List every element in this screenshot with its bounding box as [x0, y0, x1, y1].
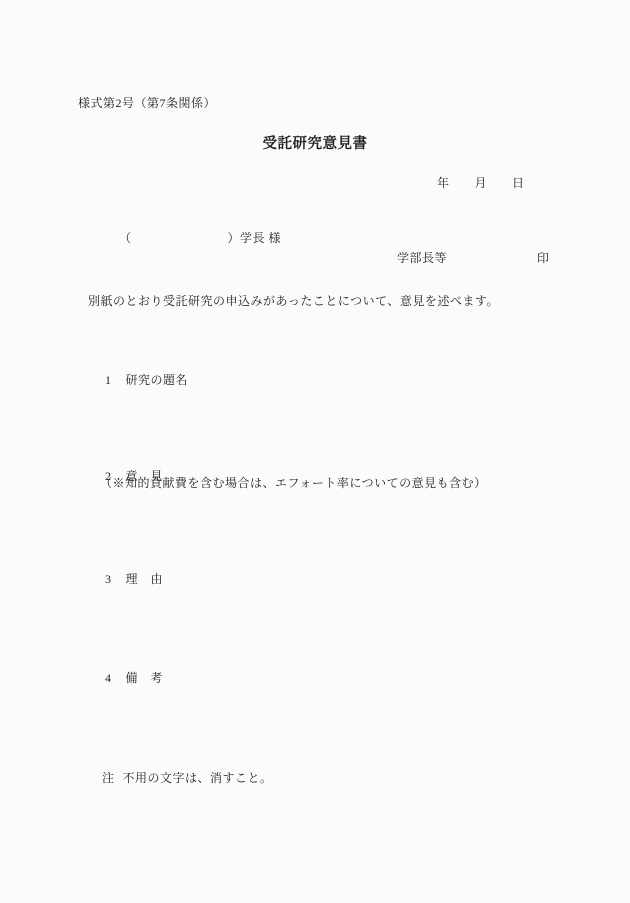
- section-number: 4: [105, 671, 112, 685]
- footer-note: 注不用の文字は、消すこと。: [88, 756, 273, 801]
- body-statement: 別紙のとおり受託研究の申込みがあったことについて、意見を述べます。: [88, 294, 499, 309]
- seal-mark: 印: [537, 251, 550, 266]
- section-2-note: （※知的貢献費を含む場合は、エフォート率についての意見も含む）: [100, 476, 487, 491]
- addressee-open-paren: （: [119, 231, 132, 245]
- addressee-title: ）学長 様: [228, 231, 282, 245]
- section-label: 研究の題名: [126, 373, 189, 387]
- section-label: 理 由: [126, 572, 164, 586]
- form-number: 様式第2号（第7条関係）: [78, 96, 216, 111]
- page-title: 受託研究意見書: [0, 132, 630, 153]
- footer-note-label: 注: [102, 771, 115, 785]
- addressee-line: （）学長 様: [105, 216, 281, 261]
- section-number: 3: [105, 572, 112, 586]
- section-number: 1: [105, 373, 112, 387]
- section-3-heading: 3理 由: [91, 557, 163, 602]
- section-label: 備 考: [126, 671, 164, 685]
- date-line: 年 月 日: [437, 176, 525, 191]
- footer-note-text: 不用の文字は、消すこと。: [123, 771, 273, 785]
- section-4-heading: 4備 考: [91, 656, 163, 701]
- signer-title: 学部長等: [397, 251, 447, 266]
- section-1-heading: 1研究の題名: [91, 358, 188, 403]
- addressee-blank-field: [132, 241, 228, 242]
- document-page: 様式第2号（第7条関係） 受託研究意見書 年 月 日 （）学長 様 学部長等 印…: [0, 0, 630, 903]
